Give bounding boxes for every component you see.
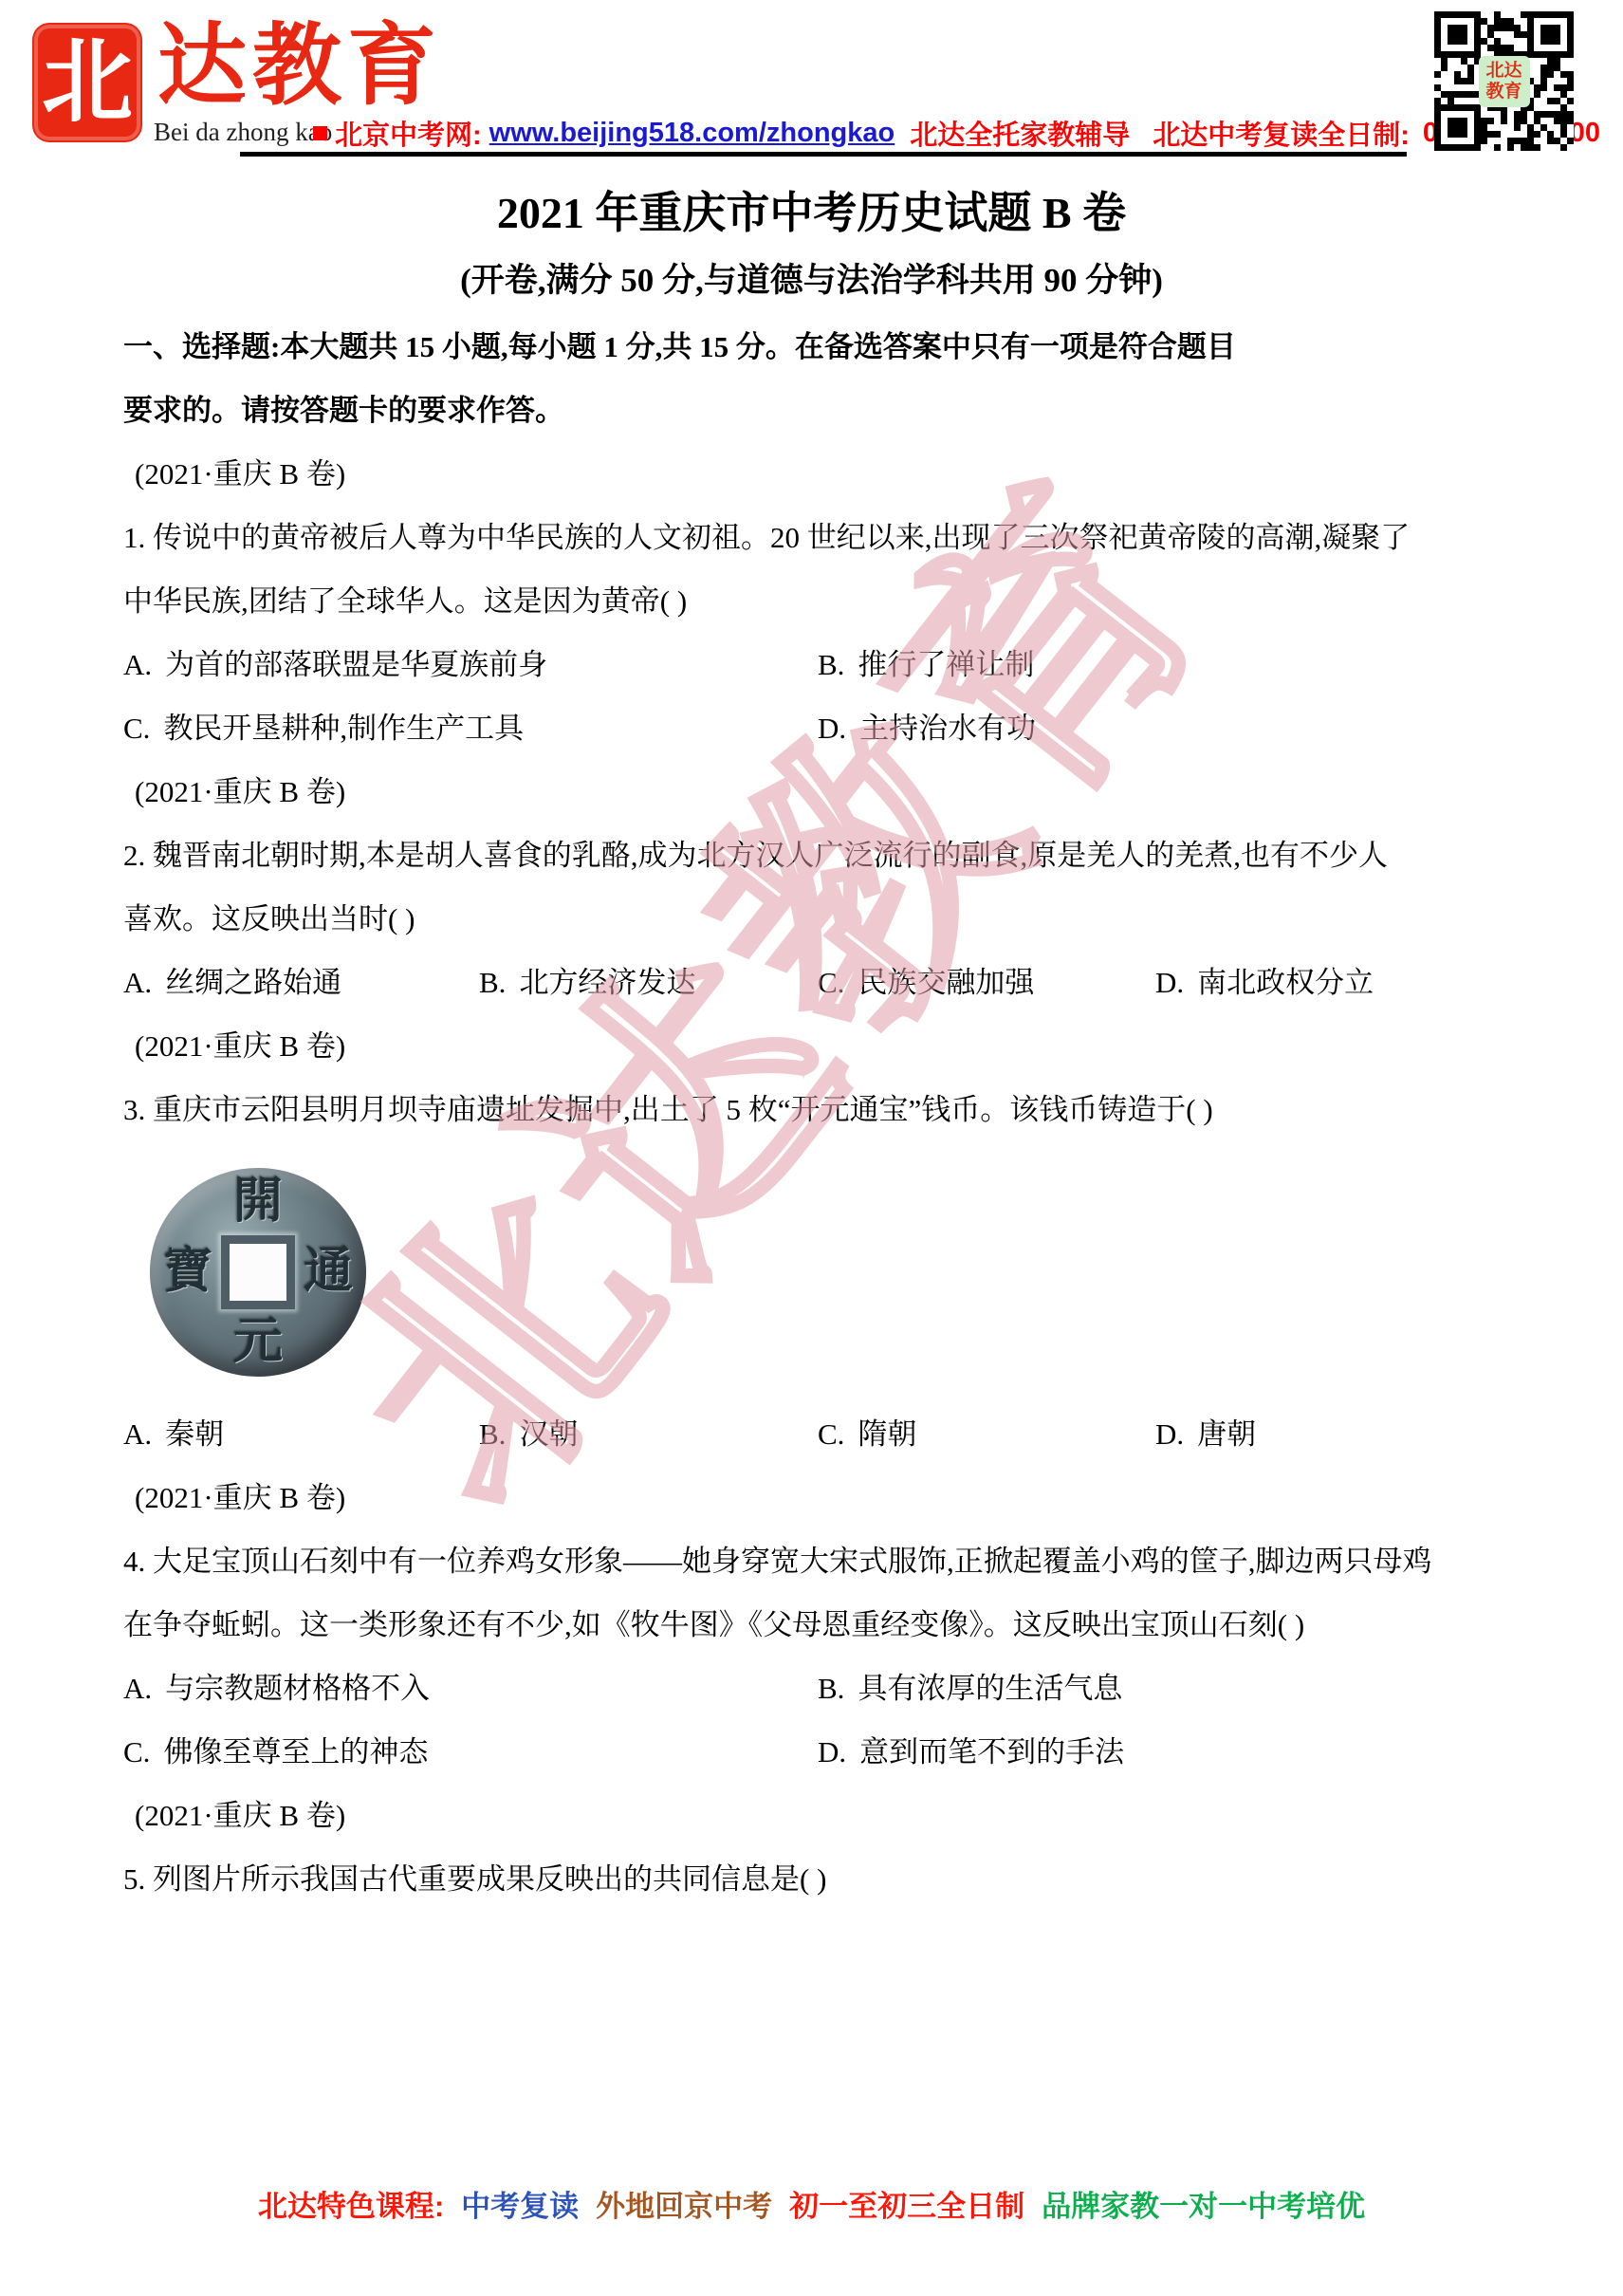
source-tag-4: (2021·重庆 B 卷) bbox=[123, 1466, 1518, 1529]
red-square-bullet-icon bbox=[313, 126, 327, 140]
coin-char-bottom: 元 bbox=[233, 1318, 283, 1367]
question-1-options-row-1: A.为首的部落联盟是华夏族前身 B.推行了禅让制 bbox=[123, 633, 1518, 696]
page-subtitle: (开卷,满分 50 分,与道德与法治学科共用 90 分钟) bbox=[0, 254, 1623, 302]
question-4-text: 4. 大足宝顶山石刻中有一位养鸡女形象——她身穿宽大宋式服饰,正掀起覆盖小鸡的筐… bbox=[123, 1529, 1518, 1657]
site-url-link[interactable]: www.beijing518.com/zhongkao bbox=[489, 118, 895, 149]
option-4c: C.佛像至尊至上的神态 bbox=[123, 1720, 428, 1784]
qr-center-label: 北达 教育 bbox=[1479, 56, 1530, 107]
exam-paper-page: 北 达教育 Bei da zhong kao 北京中考网: www.beijin… bbox=[0, 0, 1623, 2296]
option-2c: C.民族交融加强 bbox=[818, 951, 1034, 1014]
ancient-coin-image: 開 通 元 寶 bbox=[150, 1168, 366, 1377]
service-tagline-1: 北达全托家教辅导 bbox=[910, 114, 1130, 153]
exam-body: 一、选择题:本大题共 15 小题,每小题 1 分,共 15 分。在备选答案中只有… bbox=[123, 315, 1518, 1911]
brand-logo-text: 达教育 bbox=[157, 17, 442, 116]
coin-square-hole bbox=[230, 1244, 286, 1301]
option-3c: C.隋朝 bbox=[818, 1402, 916, 1466]
option-3a: A.秦朝 bbox=[123, 1402, 224, 1466]
source-tag-1: (2021·重庆 B 卷) bbox=[123, 442, 1518, 506]
source-tag-5: (2021·重庆 B 卷) bbox=[123, 1784, 1518, 1847]
option-2b: B.北方经济发达 bbox=[479, 951, 695, 1014]
footer-course-banner: 北达特色课程:中考复读外地回京中考初一至初三全日制品牌家教一对一中考培优 bbox=[0, 2182, 1623, 2225]
question-2-line-2: 喜欢。这反映出当时( ) bbox=[123, 887, 1518, 951]
instructions-line-1: 一、选择题:本大题共 15 小题,每小题 1 分,共 15 分。在备选答案中只有… bbox=[123, 315, 1518, 379]
footer-segment-5: 品牌家教一对一中考培优 bbox=[1042, 2190, 1365, 2223]
coin-char-left: 寶 bbox=[163, 1248, 212, 1297]
question-3-text: 3. 重庆市云阳县明月坝寺庙遗址发掘中,出土了 5 枚“开元通宝”钱币。该钱币铸… bbox=[123, 1078, 1518, 1141]
option-4d: D.意到而笔不到的手法 bbox=[818, 1720, 1124, 1784]
brand-logo-pinyin: Bei da zhong kao bbox=[154, 118, 332, 147]
question-5-text: 5. 列图片所示我国古代重要成果反映出的共同信息是( ) bbox=[123, 1847, 1518, 1911]
question-1-line-2: 中华民族,团结了全球华人。这是因为黄帝( ) bbox=[123, 569, 1518, 633]
option-4b: B.具有浓厚的生活气息 bbox=[818, 1657, 1122, 1720]
footer-segment-1: 北达特色课程: bbox=[258, 2190, 444, 2223]
question-4-line-1: 4. 大足宝顶山石刻中有一位养鸡女形象——她身穿宽大宋式服饰,正掀起覆盖小鸡的筐… bbox=[123, 1529, 1518, 1593]
coin-char-top: 開 bbox=[233, 1177, 283, 1227]
question-2-text: 2. 魏晋南北朝时期,本是胡人喜食的乳酪,成为北方汉人广泛流行的副食,原是羌人的… bbox=[123, 824, 1518, 951]
question-3-options-row: A.秦朝 B.汉朝 C.隋朝 D.唐朝 bbox=[123, 1402, 1518, 1466]
option-3b: B.汉朝 bbox=[479, 1402, 578, 1466]
option-3d: D.唐朝 bbox=[1155, 1402, 1256, 1466]
section-instructions: 一、选择题:本大题共 15 小题,每小题 1 分,共 15 分。在备选答案中只有… bbox=[123, 315, 1518, 442]
coin-char-right: 通 bbox=[304, 1248, 353, 1297]
source-tag-2: (2021·重庆 B 卷) bbox=[123, 760, 1518, 824]
option-1d: D.主持治水有功 bbox=[818, 696, 1036, 760]
question-4-options-row-2: C.佛像至尊至上的神态 D.意到而笔不到的手法 bbox=[123, 1720, 1518, 1784]
brand-seal-logo: 北 bbox=[34, 25, 140, 140]
question-1-line-1: 1. 传说中的黄帝被后人尊为中华民族的人文初祖。20 世纪以来,出现了三次祭祀黄… bbox=[123, 506, 1518, 569]
option-2d: D.南北政权分立 bbox=[1155, 951, 1374, 1014]
instructions-line-2: 要求的。请按答题卡的要求作答。 bbox=[123, 379, 1518, 442]
option-1b: B.推行了禅让制 bbox=[818, 633, 1034, 696]
question-4-line-2: 在争夺蚯蚓。这一类形象还有不少,如《牧牛图》《父母恩重经变像》。这反映出宝顶山石… bbox=[123, 1593, 1518, 1657]
footer-segment-3: 外地回京中考 bbox=[596, 2190, 772, 2223]
option-2a: A.丝绸之路始通 bbox=[123, 951, 341, 1014]
question-3-line-1: 3. 重庆市云阳县明月坝寺庙遗址发掘中,出土了 5 枚“开元通宝”钱币。该钱币铸… bbox=[123, 1078, 1518, 1141]
page-title: 2021 年重庆市中考历史试题 B 卷 bbox=[0, 178, 1623, 241]
header-contact-bar: 北京中考网: www.beijing518.com/zhongkao 北达全托家… bbox=[313, 115, 1600, 151]
source-tag-3: (2021·重庆 B 卷) bbox=[123, 1014, 1518, 1078]
question-1-text: 1. 传说中的黄帝被后人尊为中华民族的人文初祖。20 世纪以来,出现了三次祭祀黄… bbox=[123, 506, 1518, 633]
question-4-options-row-1: A.与宗教题材格格不入 B.具有浓厚的生活气息 bbox=[123, 1657, 1518, 1720]
seal-character: 北 bbox=[42, 37, 133, 128]
question-5-line-1: 5. 列图片所示我国古代重要成果反映出的共同信息是( ) bbox=[123, 1847, 1518, 1911]
question-2-options-row: A.丝绸之路始通 B.北方经济发达 C.民族交融加强 D.南北政权分立 bbox=[123, 951, 1518, 1014]
question-2-line-1: 2. 魏晋南北朝时期,本是胡人喜食的乳酪,成为北方汉人广泛流行的副食,原是羌人的… bbox=[123, 824, 1518, 887]
qr-label-line1: 北达 bbox=[1485, 61, 1522, 82]
question-1-options-row-2: C.教民开垦耕种,制作生产工具 D.主持治水有功 bbox=[123, 696, 1518, 760]
header-divider-line bbox=[240, 152, 1407, 157]
option-4a: A.与宗教题材格格不入 bbox=[123, 1657, 430, 1720]
question-3-figure: 開 通 元 寶 bbox=[123, 1141, 1518, 1402]
site-name-label: 北京中考网: bbox=[335, 114, 482, 153]
option-1c: C.教民开垦耕种,制作生产工具 bbox=[123, 696, 524, 760]
qr-code: 北达 教育 bbox=[1434, 11, 1574, 151]
option-1a: A.为首的部落联盟是华夏族前身 bbox=[123, 633, 547, 696]
footer-segment-2: 中考复读 bbox=[461, 2190, 579, 2223]
footer-segment-4: 初一至初三全日制 bbox=[789, 2190, 1024, 2223]
qr-label-line2: 教育 bbox=[1485, 82, 1522, 102]
service-tagline-2: 北达中考复读全日制: bbox=[1153, 114, 1410, 153]
